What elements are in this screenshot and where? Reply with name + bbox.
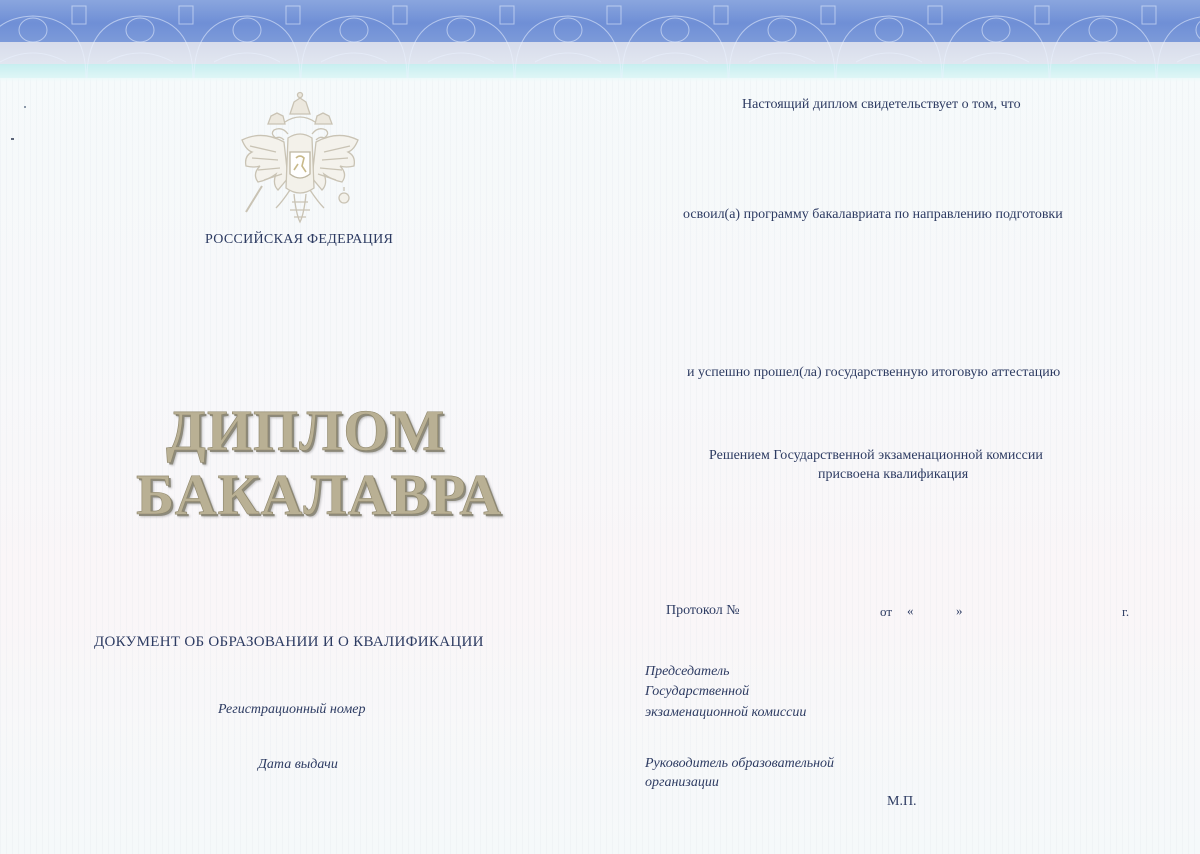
- seal-place-label: М.П.: [887, 794, 917, 810]
- head-label-line2: организации: [645, 775, 719, 791]
- guilloche-band: [0, 0, 1200, 82]
- chairman-label-line1: Председатель: [645, 664, 730, 680]
- scan-speck: [11, 138, 14, 140]
- protocol-number-label: Протокол №: [666, 603, 740, 619]
- year-suffix: г.: [1122, 604, 1129, 620]
- mastered-program-text: освоил(а) программу бакалавриата по напр…: [683, 207, 1063, 223]
- commission-decision-line2: присвоена квалификация: [818, 467, 968, 483]
- issue-date-label: Дата выдачи: [258, 757, 338, 773]
- document-subtitle: ДОКУМЕНТ ОБ ОБРАЗОВАНИИ И О КВАЛИФИКАЦИИ: [94, 634, 484, 651]
- quote-close: »: [956, 603, 963, 619]
- quote-open: «: [907, 603, 914, 619]
- diploma-spread: РОССИЙСКАЯ ФЕДЕРАЦИЯ ДИПЛОМ БАКАЛАВРА ДО…: [0, 0, 1200, 854]
- chairman-label-line2: Государственной: [645, 684, 749, 700]
- head-label-line1: Руководитель образовательной: [645, 756, 834, 772]
- certifies-text: Настоящий диплом свидетельствует о том, …: [742, 97, 1021, 113]
- registration-number-label: Регистрационный номер: [218, 702, 365, 718]
- diploma-title-line2: БАКАЛАВРА: [136, 461, 502, 528]
- protocol-date-from-label: от: [880, 604, 892, 620]
- guilloche-pattern: [0, 0, 1200, 82]
- coat-of-arms-emblem: [232, 90, 368, 228]
- country-name: РОССИЙСКАЯ ФЕДЕРАЦИЯ: [205, 232, 393, 248]
- commission-decision-line1: Решением Государственной экзаменационной…: [709, 448, 1043, 464]
- passed-attestation-text: и успешно прошел(ла) государственную ито…: [687, 365, 1060, 381]
- chairman-label-line3: экзаменационной комиссии: [645, 705, 806, 721]
- scan-speck: [24, 106, 26, 108]
- diploma-title-line1: ДИПЛОМ: [166, 397, 445, 464]
